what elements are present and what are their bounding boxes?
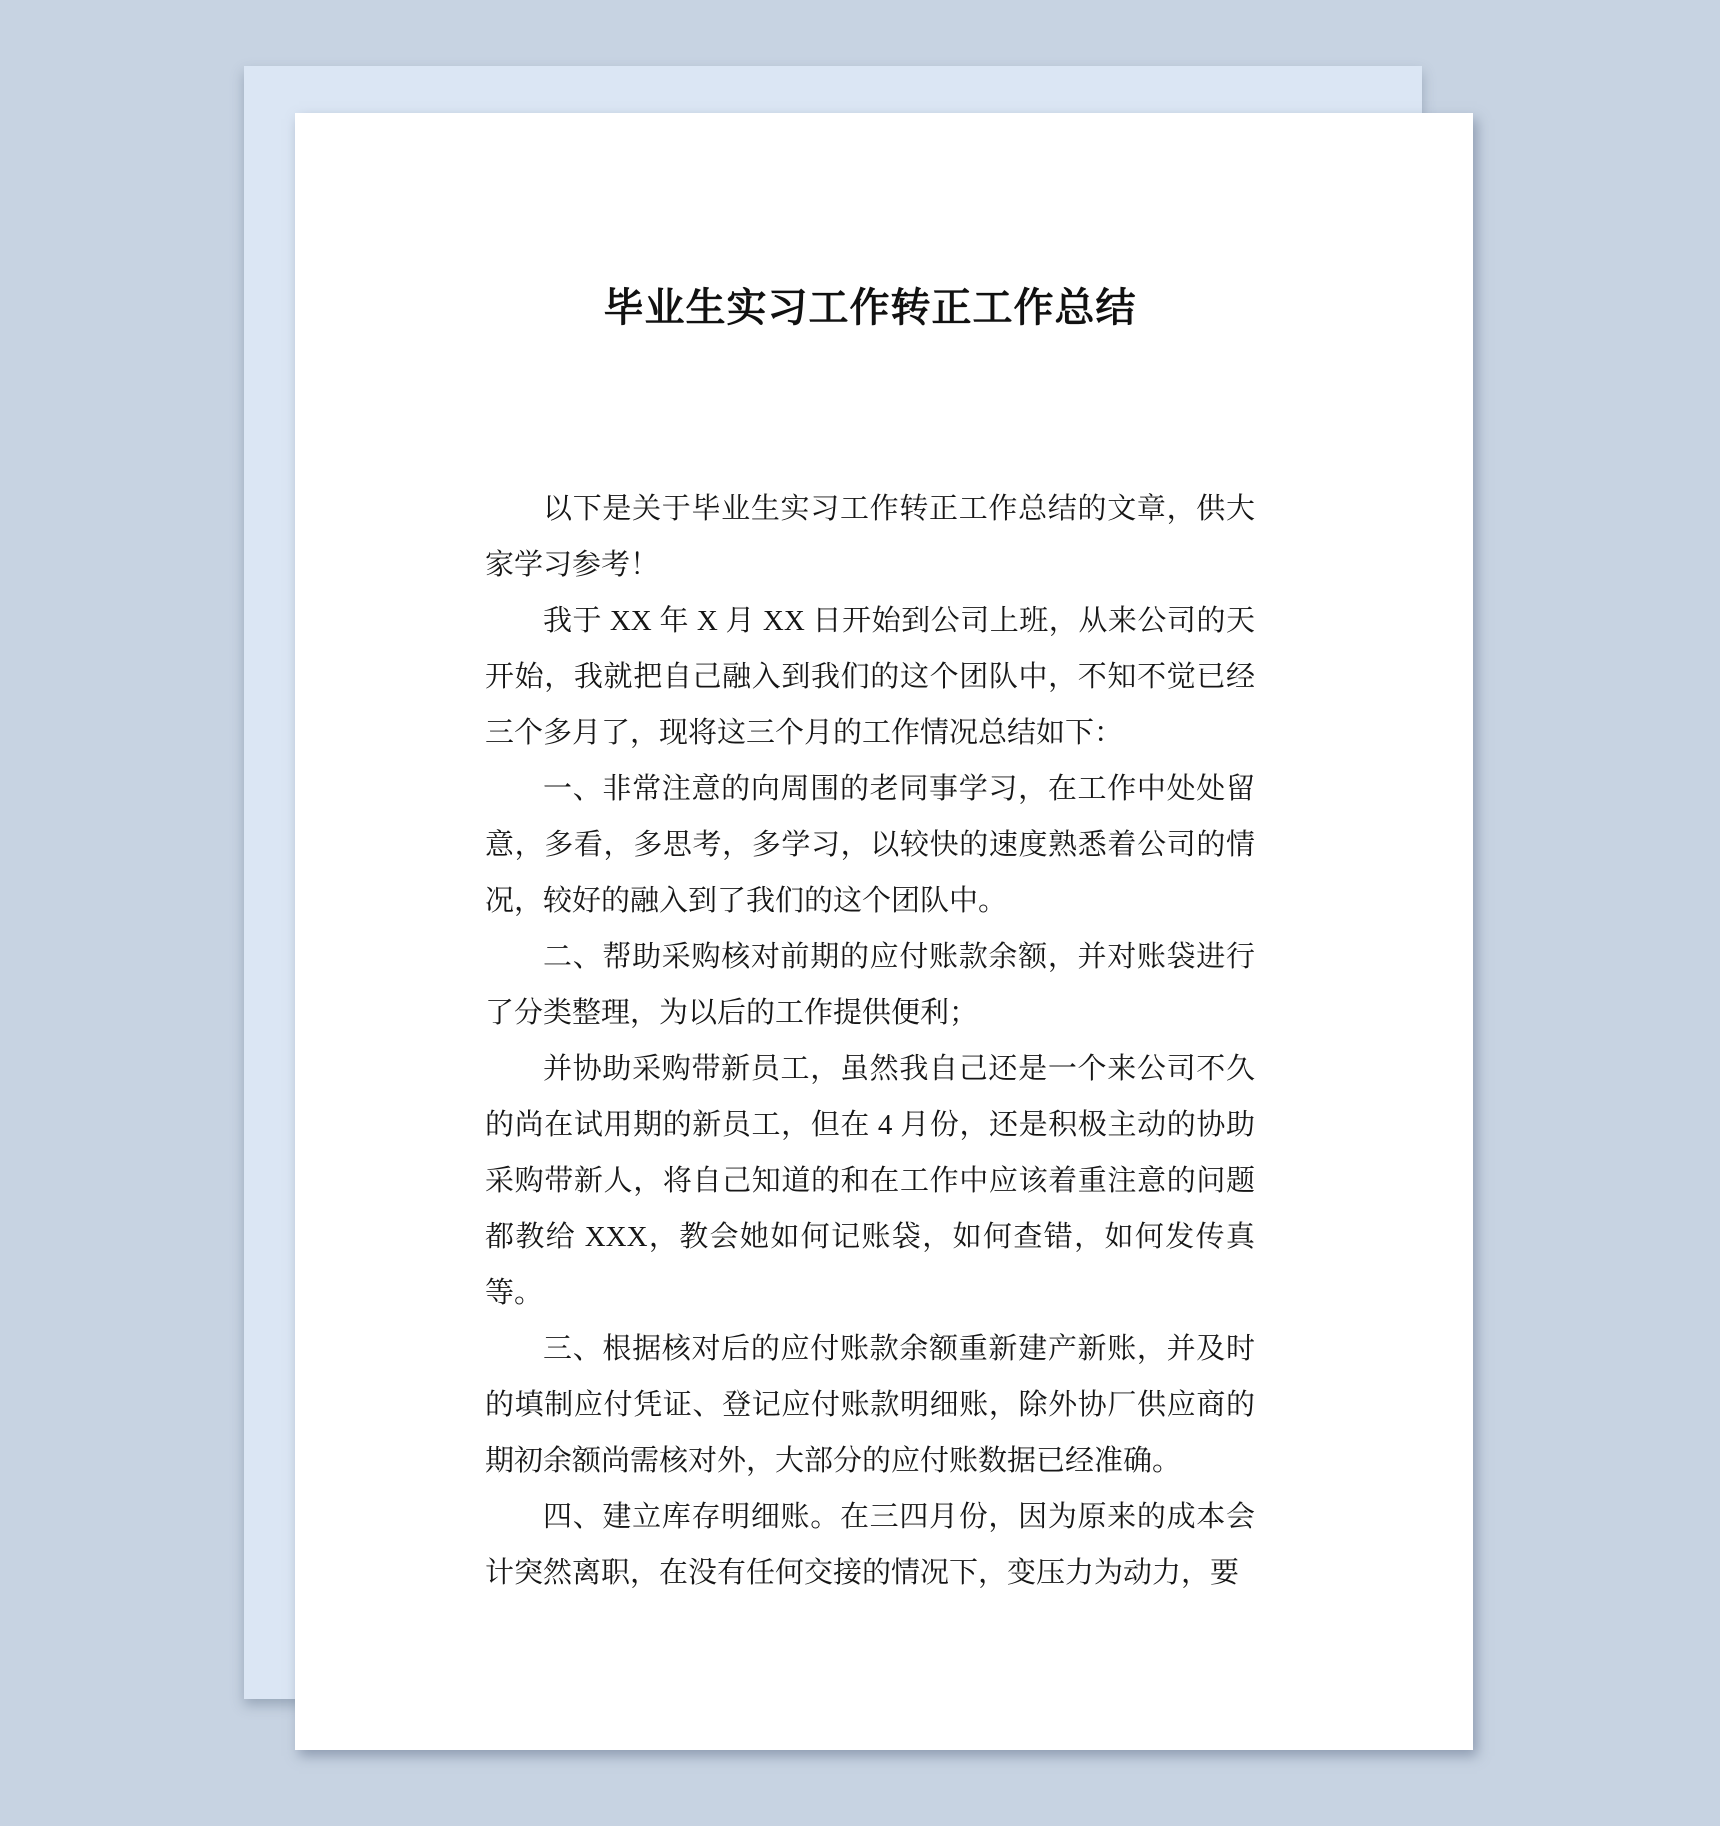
paragraph: 一、非常注意的向周围的老同事学习，在工作中处处留意，多看，多思考，多学习，以较快… (485, 761, 1255, 929)
paragraph: 并协助采购带新员工，虽然我自己还是一个来公司不久的尚在试用期的新员工，但在 4 … (485, 1041, 1255, 1321)
paragraph: 三、根据核对后的应付账款余额重新建产新账，并及时的填制应付凭证、登记应付账款明细… (485, 1321, 1255, 1489)
paragraph: 四、建立库存明细账。在三四月份，因为原来的成本会计突然离职，在没有任何交接的情况… (485, 1489, 1255, 1601)
paragraph: 二、帮助采购核对前期的应付账款余额，并对账袋进行了分类整理，为以后的工作提供便利… (485, 929, 1255, 1041)
document-title: 毕业生实习工作转正工作总结 (485, 280, 1255, 336)
paragraph: 我于 XX 年 X 月 XX 日开始到公司上班，从来公司的天开始，我就把自己融入… (485, 593, 1255, 761)
document-body: 以下是关于毕业生实习工作转正工作总结的文章，供大家学习参考！ 我于 XX 年 X… (485, 481, 1255, 1601)
document-page: 毕业生实习工作转正工作总结 以下是关于毕业生实习工作转正工作总结的文章，供大家学… (295, 113, 1473, 1750)
paragraph: 以下是关于毕业生实习工作转正工作总结的文章，供大家学习参考！ (485, 481, 1255, 593)
